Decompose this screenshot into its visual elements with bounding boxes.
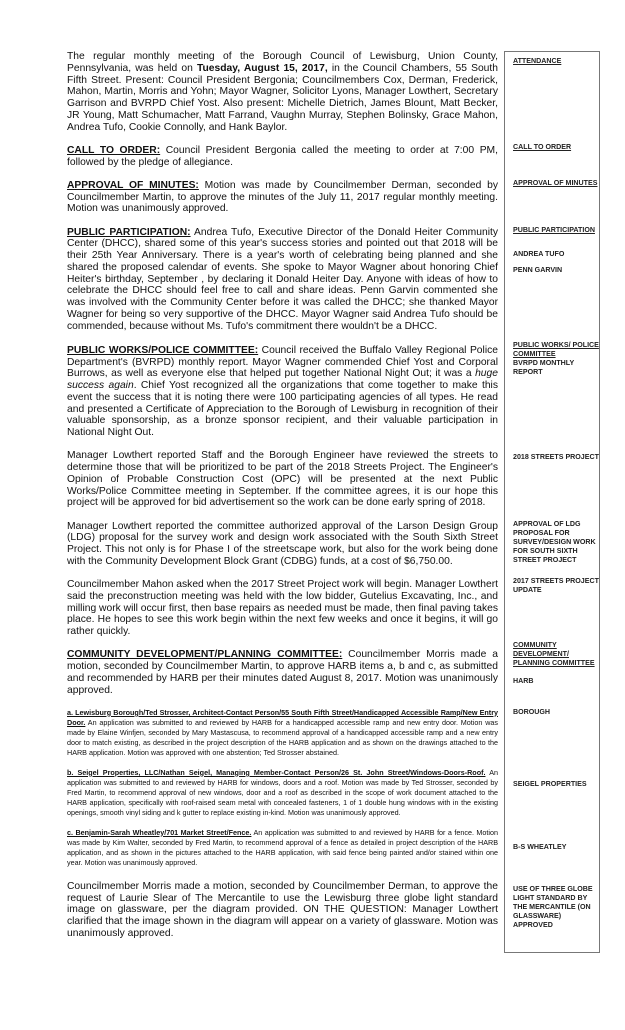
note-seigel-properties: SEIGEL PROPERTIES: [513, 780, 599, 789]
approval-of-minutes-heading: APPROVAL OF MINUTES:: [67, 180, 199, 191]
note-streets-2018: 2018 STREETS PROJECT: [513, 453, 599, 462]
note-attendance: ATTENDANCE: [513, 57, 599, 66]
note-approval-of-minutes: APPROVAL OF MINUTES: [513, 179, 599, 188]
meeting-date: Tuesday, August 15, 2017,: [197, 63, 328, 74]
harb-item-c: c. Benjamin-Sarah Wheatley/701 Market St…: [67, 828, 498, 868]
note-mercantile: USE OF THREE GLOBE LIGHT STANDARD BY THE…: [513, 885, 599, 930]
harb-item-a: a. Lewisburg Borough/Ted Strosser, Archi…: [67, 708, 498, 758]
public-works-paragraph: PUBLIC WORKS/POLICE COMMITTEE: Council r…: [67, 345, 498, 439]
ldg-proposal-paragraph: Manager Lowthert reported the committee …: [67, 521, 498, 568]
note-community-development: COMMUNITY DEVELOPMENT/ PLANNING COMMITTE…: [513, 641, 599, 668]
minutes-body: The regular monthly meeting of the Borou…: [67, 51, 498, 951]
mercantile-paragraph: Councilmember Morris made a motion, seco…: [67, 881, 498, 940]
community-development-heading: COMMUNITY DEVELOPMENT/PLANNING COMMITTEE…: [67, 649, 342, 660]
note-harb: HARB: [513, 677, 599, 686]
public-participation-text: Andrea Tufo, Executive Director of the D…: [67, 227, 498, 332]
note-public-works: PUBLIC WORKS/ POLICE COMMITTEE: [513, 341, 599, 359]
note-ldg-proposal: APPROVAL OF LDG PROPOSAL FOR SURVEY/DESI…: [513, 520, 599, 565]
community-development-paragraph: COMMUNITY DEVELOPMENT/PLANNING COMMITTEE…: [67, 649, 498, 696]
public-participation-heading: PUBLIC PARTICIPATION:: [67, 227, 191, 238]
call-to-order-heading: CALL TO ORDER:: [67, 145, 160, 156]
note-borough: BOROUGH: [513, 708, 599, 717]
harb-item-c-heading: c. Benjamin-Sarah Wheatley/701 Market St…: [67, 828, 251, 837]
attendance-paragraph: The regular monthly meeting of the Borou…: [67, 51, 498, 133]
streets-2017-paragraph: Councilmember Mahon asked when the 2017 …: [67, 579, 498, 638]
note-bs-wheatley: B-S WHEATLEY: [513, 843, 599, 852]
note-bvrpd-report: BVRPD MONTHLY REPORT: [513, 359, 599, 377]
note-streets-2017: 2017 STREETS PROJECT UPDATE: [513, 577, 599, 595]
note-call-to-order: CALL TO ORDER: [513, 143, 599, 152]
streets-2018-paragraph: Manager Lowthert reported Staff and the …: [67, 450, 498, 509]
margin-notes-box: ATTENDANCE CALL TO ORDER APPROVAL OF MIN…: [504, 51, 600, 953]
note-andrea-tufo: ANDREA TUFO: [513, 250, 599, 259]
harb-item-b-heading: b. Seigel Properties, LLC/Nathan Seigel,…: [67, 768, 485, 777]
approval-of-minutes-paragraph: APPROVAL OF MINUTES: Motion was made by …: [67, 180, 498, 215]
call-to-order-paragraph: CALL TO ORDER: Council President Bergoni…: [67, 145, 498, 169]
harb-item-b: b. Seigel Properties, LLC/Nathan Seigel,…: [67, 768, 498, 818]
note-public-participation: PUBLIC PARTICIPATION: [513, 226, 599, 235]
public-works-heading: PUBLIC WORKS/POLICE COMMITTEE:: [67, 345, 258, 356]
public-participation-paragraph: PUBLIC PARTICIPATION: Andrea Tufo, Execu…: [67, 227, 498, 333]
harb-item-a-text: An application was submitted to and revi…: [67, 718, 498, 757]
note-penn-garvin: PENN GARVIN: [513, 266, 599, 275]
